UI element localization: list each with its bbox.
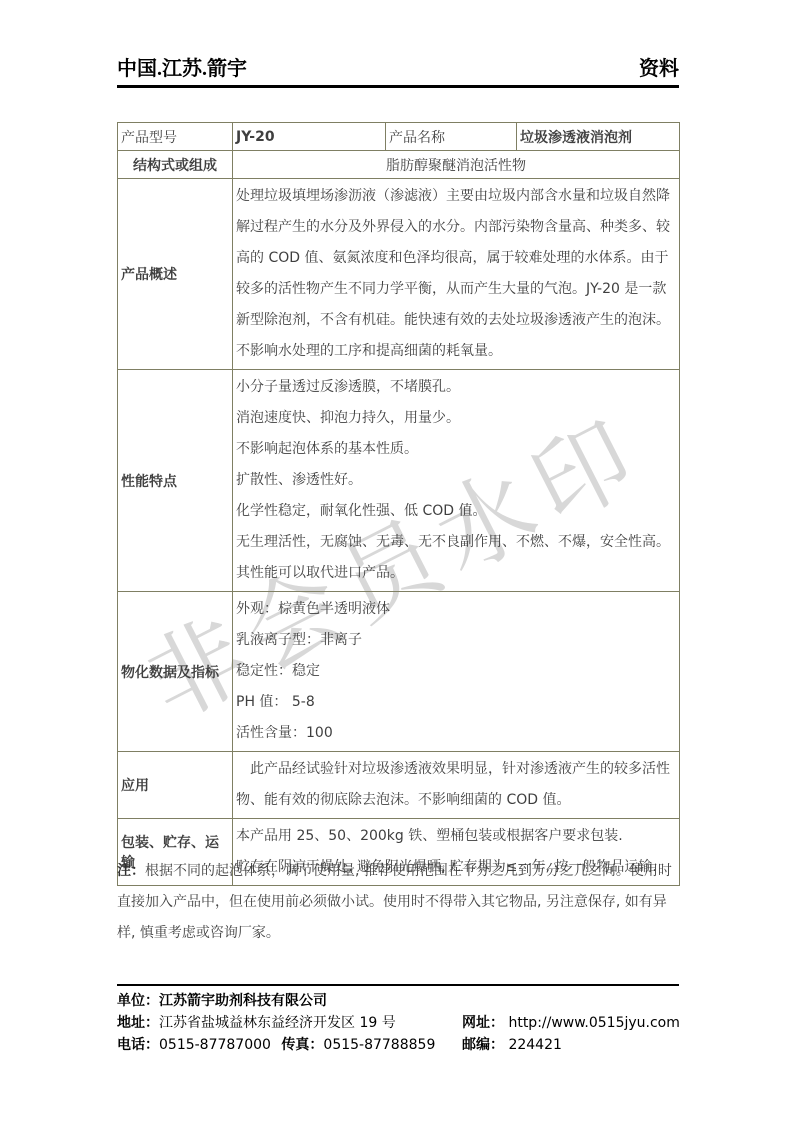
product-name-value: 垃圾渗透液消泡剂 (517, 123, 680, 151)
product-name-label: 产品名称 (386, 123, 517, 151)
feature-item: 小分子量透过反渗透膜，不堵膜孔。 (236, 372, 676, 403)
table-row-composition: 结构式或组成 脂肪醇聚醚消泡活性物 (118, 151, 680, 179)
address-value: 江苏省盐城益林东益经济开发区 19 号 (159, 1015, 396, 1031)
usage-note: 注：根据不同的起泡体系，调节使用量, 推荐使用范围在千分之几到万分之几之间。使用… (117, 856, 683, 949)
physical-item: PH 值： 5-8 (236, 687, 676, 718)
web-value: http://www.0515jyu.com (508, 1015, 679, 1031)
company-label: 单位： (117, 993, 159, 1009)
note-label: 注： (117, 863, 145, 879)
overview-label: 产品概述 (118, 179, 233, 370)
physical-item: 活性含量：100 (236, 718, 676, 749)
physical-label: 物化数据及指标 (118, 592, 233, 752)
physical-item: 稳定性：稳定 (236, 656, 676, 687)
feature-item: 其性能可以取代进口产品。 (236, 558, 676, 589)
features-label: 性能特点 (118, 370, 233, 592)
fax-value: 0515-87788859 (323, 1037, 435, 1053)
page-header: 中国.江苏.箭宇 资料 (117, 52, 679, 88)
zip-label: 邮编： (462, 1037, 504, 1053)
note-text: 根据不同的起泡体系，调节使用量, 推荐使用范围在千分之几到万分之几之间。使用时直… (117, 863, 672, 941)
physical-item: 外观：棕黄色半透明液体 (236, 594, 676, 625)
table-row-physical: 物化数据及指标 外观：棕黄色半透明液体 乳液离子型：非离子 稳定性：稳定 PH … (118, 592, 680, 752)
company-name: 江苏箭宇助剂科技有限公司 (159, 993, 327, 1009)
header-brand: 中国.江苏.箭宇 (117, 58, 247, 80)
physical-list: 外观：棕黄色半透明液体 乳液离子型：非离子 稳定性：稳定 PH 值： 5-8 活… (233, 592, 680, 752)
application-text: 此产品经试验针对垃圾渗透液效果明显，针对渗透液产生的较多活性物、能有效的彻底除去… (233, 752, 680, 819)
model-label: 产品型号 (118, 123, 233, 151)
address-label: 地址： (117, 1015, 159, 1031)
footer-web-group: 网址： http://www.0515jyu.com (462, 1012, 680, 1034)
footer-zip-group: 邮编： 224421 (462, 1034, 562, 1056)
web-label: 网址： (462, 1015, 504, 1031)
model-value: JY-20 (233, 123, 386, 151)
table-row-features: 性能特点 小分子量透过反渗透膜，不堵膜孔。 消泡速度快、抑泡力持久，用量少。 不… (118, 370, 680, 592)
overview-text: 处理垃圾填埋场渗沥液（渗滤液）主要由垃圾内部含水量和垃圾自然降解过程产生的水分及… (233, 179, 680, 370)
zip-value: 224421 (508, 1037, 561, 1053)
footer-phone-row: 电话：0515-87787000 传真：0515-87788859 邮编： 22… (117, 1034, 679, 1056)
page-footer: 单位：江苏箭宇助剂科技有限公司 地址：江苏省盐城益林东益经济开发区 19 号 网… (117, 984, 679, 1056)
composition-value: 脂肪醇聚醚消泡活性物 (233, 151, 680, 179)
feature-item: 消泡速度快、抑泡力持久，用量少。 (236, 403, 676, 434)
footer-address-row: 地址：江苏省盐城益林东益经济开发区 19 号 网址： http://www.05… (117, 1012, 679, 1034)
table-row-model: 产品型号 JY-20 产品名称 垃圾渗透液消泡剂 (118, 123, 680, 151)
footer-company-row: 单位：江苏箭宇助剂科技有限公司 (117, 990, 679, 1012)
spec-table: 产品型号 JY-20 产品名称 垃圾渗透液消泡剂 结构式或组成 脂肪醇聚醚消泡活… (117, 122, 680, 886)
features-list: 小分子量透过反渗透膜，不堵膜孔。 消泡速度快、抑泡力持久，用量少。 不影响起泡体… (233, 370, 680, 592)
packing-item: 本产品用 25、50、200kg 铁、塑桶包装或根据客户要求包装. (236, 821, 676, 852)
feature-item: 无生理活性，无腐蚀、无毒、无不良副作用、不燃、不爆，安全性高。 (236, 527, 676, 558)
phone-label: 电话： (117, 1037, 159, 1053)
physical-item: 乳液离子型：非离子 (236, 625, 676, 656)
feature-item: 化学性稳定，耐氧化性强、低 COD 值。 (236, 496, 676, 527)
header-doc-type: 资料 (639, 52, 679, 81)
phone-value: 0515-87787000 (159, 1037, 271, 1053)
feature-item: 扩散性、渗透性好。 (236, 465, 676, 496)
feature-item: 不影响起泡体系的基本性质。 (236, 434, 676, 465)
table-row-application: 应用 此产品经试验针对垃圾渗透液效果明显，针对渗透液产生的较多活性物、能有效的彻… (118, 752, 680, 819)
composition-label: 结构式或组成 (118, 151, 233, 179)
fax-label: 传真： (281, 1037, 323, 1053)
table-row-overview: 产品概述 处理垃圾填埋场渗沥液（渗滤液）主要由垃圾内部含水量和垃圾自然降解过程产… (118, 179, 680, 370)
application-label: 应用 (118, 752, 233, 819)
document-page: 中国.江苏.箭宇 资料 非会员水印 产品型号 JY-20 产品名称 垃圾渗透液消… (0, 0, 793, 1122)
